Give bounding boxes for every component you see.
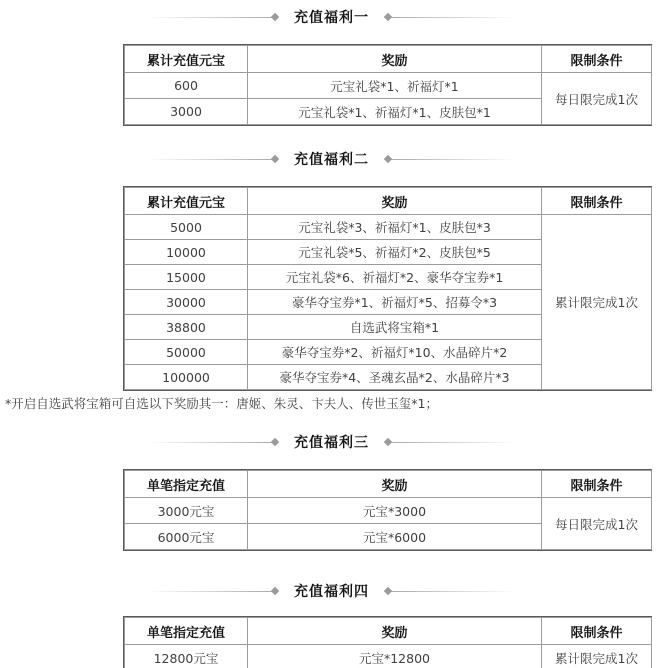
title-divider-left (146, 591, 272, 592)
reward-cell: 元宝礼袋*3、祈福灯*1、皮肤包*3 (248, 215, 542, 240)
section-recharge-benefit-1: 充值福利一 累计充值元宝 奖励 限制条件 600 元宝礼袋*1、祈福灯*1 每日… (0, 8, 663, 126)
reward-cell: 豪华夺宝券*4、圣魂玄晶*2、水晶碎片*3 (248, 365, 542, 390)
reward-cell: 豪华夺宝券*1、祈福灯*5、招募令*3 (248, 290, 542, 315)
title-divider-left (146, 17, 272, 18)
section-1-title-bar: 充值福利一 (0, 8, 663, 26)
benefit-table-3: 单笔指定充值 奖励 限制条件 3000元宝 元宝*3000 每日限完成1次 60… (123, 469, 652, 551)
title-divider-right (391, 442, 517, 443)
diamond-icon (384, 438, 392, 446)
diamond-icon (384, 155, 392, 163)
amount-cell: 3000元宝 (125, 498, 248, 524)
section-3-title-bar: 充值福利三 (0, 433, 663, 451)
table-header-row: 单笔指定充值 奖励 限制条件 (125, 471, 652, 498)
column-header-amount: 单笔指定充值 (125, 618, 248, 645)
column-header-limit: 限制条件 (542, 188, 652, 215)
amount-cell: 15000 (125, 265, 248, 290)
title-divider-right (391, 591, 517, 592)
section-title-text: 充值福利二 (294, 149, 369, 169)
section-title-text: 充值福利四 (294, 581, 369, 601)
reward-cell: 豪华夺宝券*2、祈福灯*10、水晶碎片*2 (248, 340, 542, 365)
benefit-table-2: 累计充值元宝 奖励 限制条件 5000 元宝礼袋*3、祈福灯*1、皮肤包*3 累… (123, 186, 652, 391)
limit-cell: 累计限完成1次 (542, 645, 652, 668)
reward-cell: 元宝礼袋*1、祈福灯*1 (248, 73, 542, 99)
diamond-icon (384, 13, 392, 21)
chest-selection-footnote: *开启自选武将宝箱可自选以下奖励其一：唐姬、朱灵、卞夫人、传世玉玺*1； (5, 396, 663, 411)
diamond-icon (271, 13, 279, 21)
section-recharge-benefit-2: 充值福利二 累计充值元宝 奖励 限制条件 5000 元宝礼袋*3、祈福灯*1、皮… (0, 150, 663, 391)
diamond-icon (271, 587, 279, 595)
amount-cell: 12800元宝 (125, 645, 248, 668)
table-header-row: 累计充值元宝 奖励 限制条件 (125, 188, 652, 215)
title-divider-left (146, 159, 272, 160)
amount-cell: 100000 (125, 365, 248, 390)
column-header-amount: 单笔指定充值 (125, 471, 248, 498)
amount-cell: 38800 (125, 315, 248, 340)
amount-cell: 50000 (125, 340, 248, 365)
table-row: 12800元宝 元宝*12800 累计限完成1次 (125, 645, 652, 668)
title-divider-right (391, 17, 517, 18)
column-header-limit: 限制条件 (542, 46, 652, 73)
column-header-reward: 奖励 (248, 46, 542, 73)
amount-cell: 600 (125, 73, 248, 99)
diamond-icon (384, 587, 392, 595)
amount-cell: 6000元宝 (125, 524, 248, 550)
reward-cell: 元宝礼袋*6、祈福灯*2、豪华夺宝券*1 (248, 265, 542, 290)
title-divider-right (391, 159, 517, 160)
table-row: 600 元宝礼袋*1、祈福灯*1 每日限完成1次 (125, 73, 652, 99)
section-title-text: 充值福利三 (294, 432, 369, 452)
table-header-row: 单笔指定充值 奖励 限制条件 (125, 618, 652, 645)
limit-cell: 每日限完成1次 (542, 498, 652, 550)
limit-cell: 每日限完成1次 (542, 73, 652, 125)
reward-cell: 元宝*6000 (248, 524, 542, 550)
table-row: 3000元宝 元宝*3000 每日限完成1次 (125, 498, 652, 524)
reward-cell: 元宝礼袋*1、祈福灯*1、皮肤包*1 (248, 99, 542, 125)
column-header-reward: 奖励 (248, 618, 542, 645)
reward-cell: 元宝*12800 (248, 645, 542, 668)
section-4-title-bar: 充值福利四 (0, 582, 663, 600)
table-header-row: 累计充值元宝 奖励 限制条件 (125, 46, 652, 73)
diamond-icon (271, 438, 279, 446)
title-divider-left (146, 442, 272, 443)
section-2-title-bar: 充值福利二 (0, 150, 663, 168)
column-header-reward: 奖励 (248, 471, 542, 498)
reward-cell: 自选武将宝箱*1 (248, 315, 542, 340)
column-header-limit: 限制条件 (542, 618, 652, 645)
amount-cell: 5000 (125, 215, 248, 240)
limit-cell: 累计限完成1次 (542, 215, 652, 390)
diamond-icon (271, 155, 279, 163)
column-header-amount: 累计充值元宝 (125, 46, 248, 73)
column-header-reward: 奖励 (248, 188, 542, 215)
column-header-limit: 限制条件 (542, 471, 652, 498)
benefit-table-1: 累计充值元宝 奖励 限制条件 600 元宝礼袋*1、祈福灯*1 每日限完成1次 … (123, 44, 652, 126)
amount-cell: 30000 (125, 290, 248, 315)
section-recharge-benefit-3: 充值福利三 单笔指定充值 奖励 限制条件 3000元宝 元宝*3000 每日限完… (0, 433, 663, 551)
amount-cell: 10000 (125, 240, 248, 265)
section-recharge-benefit-4: 充值福利四 单笔指定充值 奖励 限制条件 12800元宝 元宝*12800 累计… (0, 582, 663, 668)
reward-cell: 元宝*3000 (248, 498, 542, 524)
table-row: 5000 元宝礼袋*3、祈福灯*1、皮肤包*3 累计限完成1次 (125, 215, 652, 240)
benefit-table-4: 单笔指定充值 奖励 限制条件 12800元宝 元宝*12800 累计限完成1次 (123, 616, 652, 668)
section-title-text: 充值福利一 (294, 7, 369, 27)
reward-cell: 元宝礼袋*5、祈福灯*2、皮肤包*5 (248, 240, 542, 265)
column-header-amount: 累计充值元宝 (125, 188, 248, 215)
amount-cell: 3000 (125, 99, 248, 125)
